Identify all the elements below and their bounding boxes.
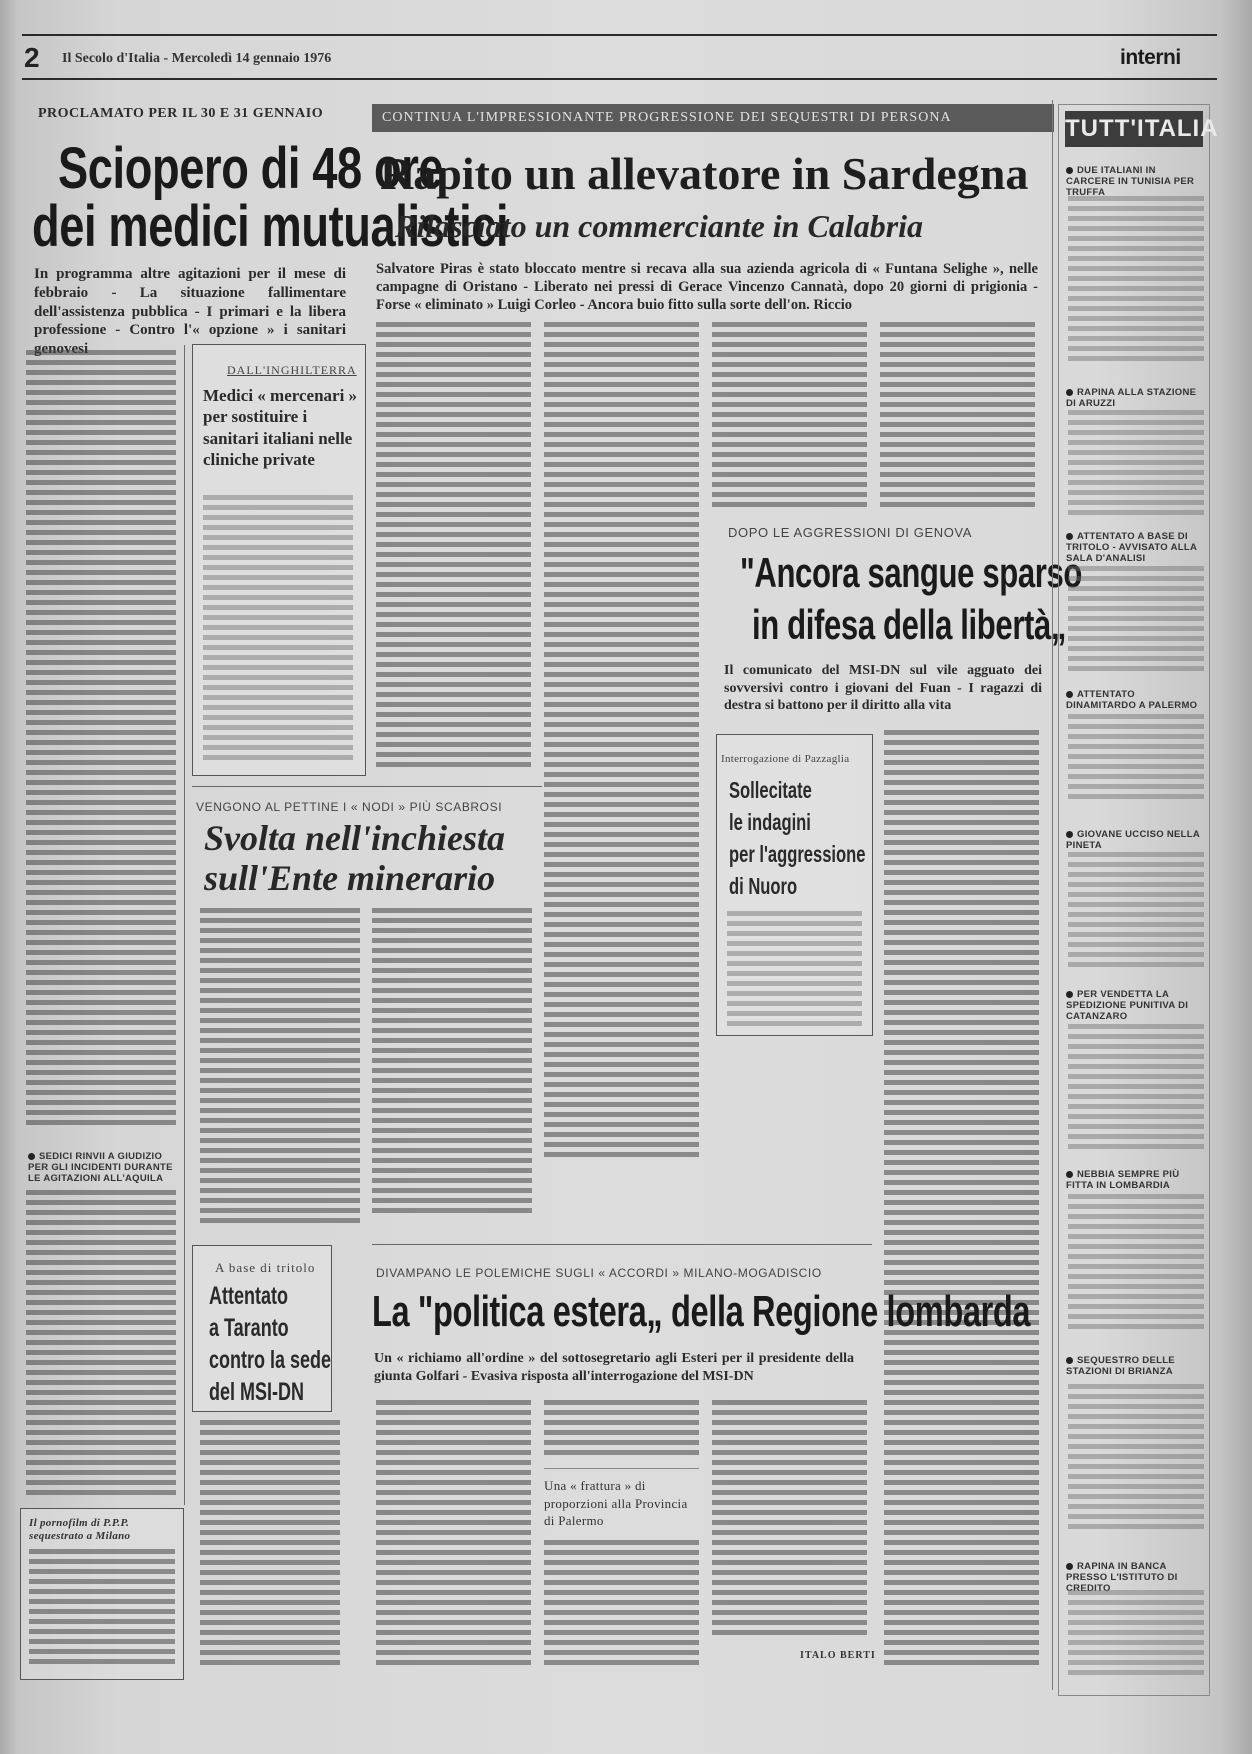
newspaper-dateline: Il Secolo d'Italia - Mercoledì 14 gennai…	[62, 51, 331, 67]
sidebar-title: TUTT'ITALIA	[1065, 111, 1203, 147]
divider	[372, 1244, 872, 1245]
box-nuoro-line4: di Nuoro	[729, 871, 797, 902]
box-england-kicker: DALL'INGHILTERRA	[227, 363, 357, 378]
sidebar-item-body	[1068, 852, 1204, 972]
ente-kicker: VENGONO AL PETTINE I « NODI » PIÙ SCABRO…	[196, 800, 502, 814]
page-number: 2	[24, 42, 40, 74]
box-taranto-kicker: A base di tritolo	[215, 1260, 315, 1276]
bullet-icon	[1066, 389, 1073, 396]
kidnap-body-col1	[376, 322, 531, 772]
box-nuoro-line1: Sollecitate	[729, 775, 812, 806]
box-nuoro: Interrogazione di Pazzaglia Sollecitate …	[716, 734, 873, 1036]
lombardia-headline: La "politica estera„ della Regione lomba…	[372, 1290, 1030, 1334]
genova-headline-line2: in difesa della libertà„	[752, 604, 1066, 646]
lombardia-kicker: DIVAMPANO LE POLEMICHE SUGLI « ACCORDI »…	[376, 1266, 822, 1280]
box-taranto-line4: del MSI-DN	[209, 1376, 304, 1410]
strike-body-col1	[26, 350, 176, 1130]
newspaper-page: 2 Il Secolo d'Italia - Mercoledì 14 genn…	[0, 0, 1252, 1754]
box-nuoro-body	[727, 911, 862, 1027]
sidebar-item: RAPINA ALLA STAZIONE DI ARUZZI	[1066, 388, 1204, 410]
kidnap-body-col3	[712, 322, 867, 512]
sidebar-item: NEBBIA SEMPRE PIÙ FITTA IN LOMBARDIA	[1066, 1170, 1204, 1192]
genova-headline-line1: "Ancora sangue sparso	[740, 552, 1082, 594]
bullet-icon	[1066, 991, 1073, 998]
ente-headline-line1: Svolta nell'inchiesta	[204, 820, 505, 858]
box-taranto: A base di tritolo Attentato a Taranto co…	[192, 1245, 332, 1412]
sidebar-divider	[1052, 100, 1053, 1690]
bullet-icon	[1066, 533, 1073, 540]
column-divider	[184, 345, 185, 1505]
genova-body-col	[884, 730, 1039, 1665]
bullet-icon	[1066, 691, 1073, 698]
box-taranto-line2: a Taranto	[209, 1312, 289, 1346]
divider	[192, 786, 542, 787]
kidnap-subheadline: Rilasciato un commerciante in Calabria	[395, 210, 923, 244]
sidebar-item-body	[1068, 1024, 1204, 1154]
sidebar-item: SEQUESTRO DELLE STAZIONI DI BRIANZA	[1066, 1356, 1204, 1378]
kidnap-banner: CONTINUA L'IMPRESSIONANTE PROGRESSIONE D…	[372, 104, 1054, 132]
strike-kicker: PROCLAMATO PER IL 30 E 31 GENNAIO	[38, 106, 323, 122]
sidebar-item-body	[1068, 1384, 1204, 1534]
box-nuoro-line3: per l'aggressione	[729, 839, 865, 870]
lombardia-body-col2	[544, 1400, 699, 1458]
box-nuoro-line2: le indagini	[729, 807, 811, 838]
sidebar-item-body	[1068, 1194, 1204, 1334]
box-ppp-title: Il pornofilm di P.P.P. sequestrato a Mil…	[29, 1517, 179, 1542]
genova-kicker: DOPO LE AGGRESSIONI DI GENOVA	[728, 525, 972, 540]
sidebar-item: ATTENTATO DINAMITARDO A PALERMO	[1066, 690, 1204, 712]
strike-body-col1b	[26, 1190, 176, 1495]
box-england-body	[203, 495, 353, 765]
masthead-bottom-rule	[22, 78, 1217, 80]
genova-deck: Il comunicato del MSI-DN sul vile agguat…	[724, 662, 1042, 715]
bullet-icon	[1066, 1171, 1073, 1178]
box-ppp-body	[29, 1549, 175, 1669]
taranto-body	[200, 1420, 340, 1665]
sidebar-item-body	[1068, 566, 1204, 676]
sidebar-item: ATTENTATO A BASE DI TRITOLO - AVVISATO A…	[1066, 532, 1204, 565]
box-england-title: Medici « mercenari » per sostituire i sa…	[203, 385, 358, 470]
section-label: interni	[1120, 46, 1181, 70]
sidebar-item-body	[1068, 196, 1204, 366]
masthead-top-rule	[22, 34, 1217, 36]
lombardia-body-col2b	[544, 1540, 699, 1665]
box-nuoro-kicker: Interrogazione di Pazzaglia	[721, 753, 849, 765]
sidebar-item-body	[1068, 1590, 1204, 1680]
lombardia-body-col3	[712, 1400, 867, 1640]
palermo-box-title: Una « frattura » di proporzioni alla Pro…	[544, 1477, 699, 1530]
box-ppp: Il pornofilm di P.P.P. sequestrato a Mil…	[20, 1508, 184, 1680]
sidebar-item-body	[1068, 714, 1204, 804]
byline: ITALO BERTI	[800, 1650, 876, 1661]
strike-subitem-title: SEDICI RINVII A GIUDIZIO PER GLI INCIDEN…	[28, 1152, 178, 1185]
lombardia-deck: Un « richiamo all'ordine » del sottosegr…	[374, 1350, 854, 1385]
ente-body-col1	[200, 908, 360, 1228]
ente-body-col2	[372, 908, 532, 1218]
sidebar-item-body	[1068, 410, 1204, 520]
palermo-box: Una « frattura » di proporzioni alla Pro…	[544, 1468, 699, 1530]
bullet-icon	[1066, 831, 1073, 838]
kidnap-body-col2	[544, 322, 699, 1162]
kidnap-headline: Rapito un allevatore in Sardegna	[380, 150, 1028, 198]
kidnap-deck: Salvatore Piras è stato bloccato mentre …	[376, 260, 1038, 314]
box-england: DALL'INGHILTERRA Medici « mercenari » pe…	[192, 344, 366, 776]
kidnap-body-col4	[880, 322, 1035, 512]
bullet-icon	[1066, 167, 1073, 174]
sidebar-item: PER VENDETTA LA SPEDIZIONE PUNITIVA DI C…	[1066, 990, 1204, 1023]
ente-headline-line2: sull'Ente minerario	[204, 860, 495, 898]
bullet-icon	[1066, 1357, 1073, 1364]
lombardia-body-col1	[376, 1400, 531, 1670]
box-taranto-line1: Attentato	[209, 1280, 288, 1314]
sidebar-item: DUE ITALIANI IN CARCERE IN TUNISIA PER T…	[1066, 166, 1204, 199]
bullet-icon	[1066, 1563, 1073, 1570]
sidebar-item: GIOVANE UCCISO NELLA PINETA	[1066, 830, 1204, 852]
box-taranto-line3: contro la sede	[209, 1344, 331, 1378]
bullet-icon	[28, 1153, 35, 1160]
